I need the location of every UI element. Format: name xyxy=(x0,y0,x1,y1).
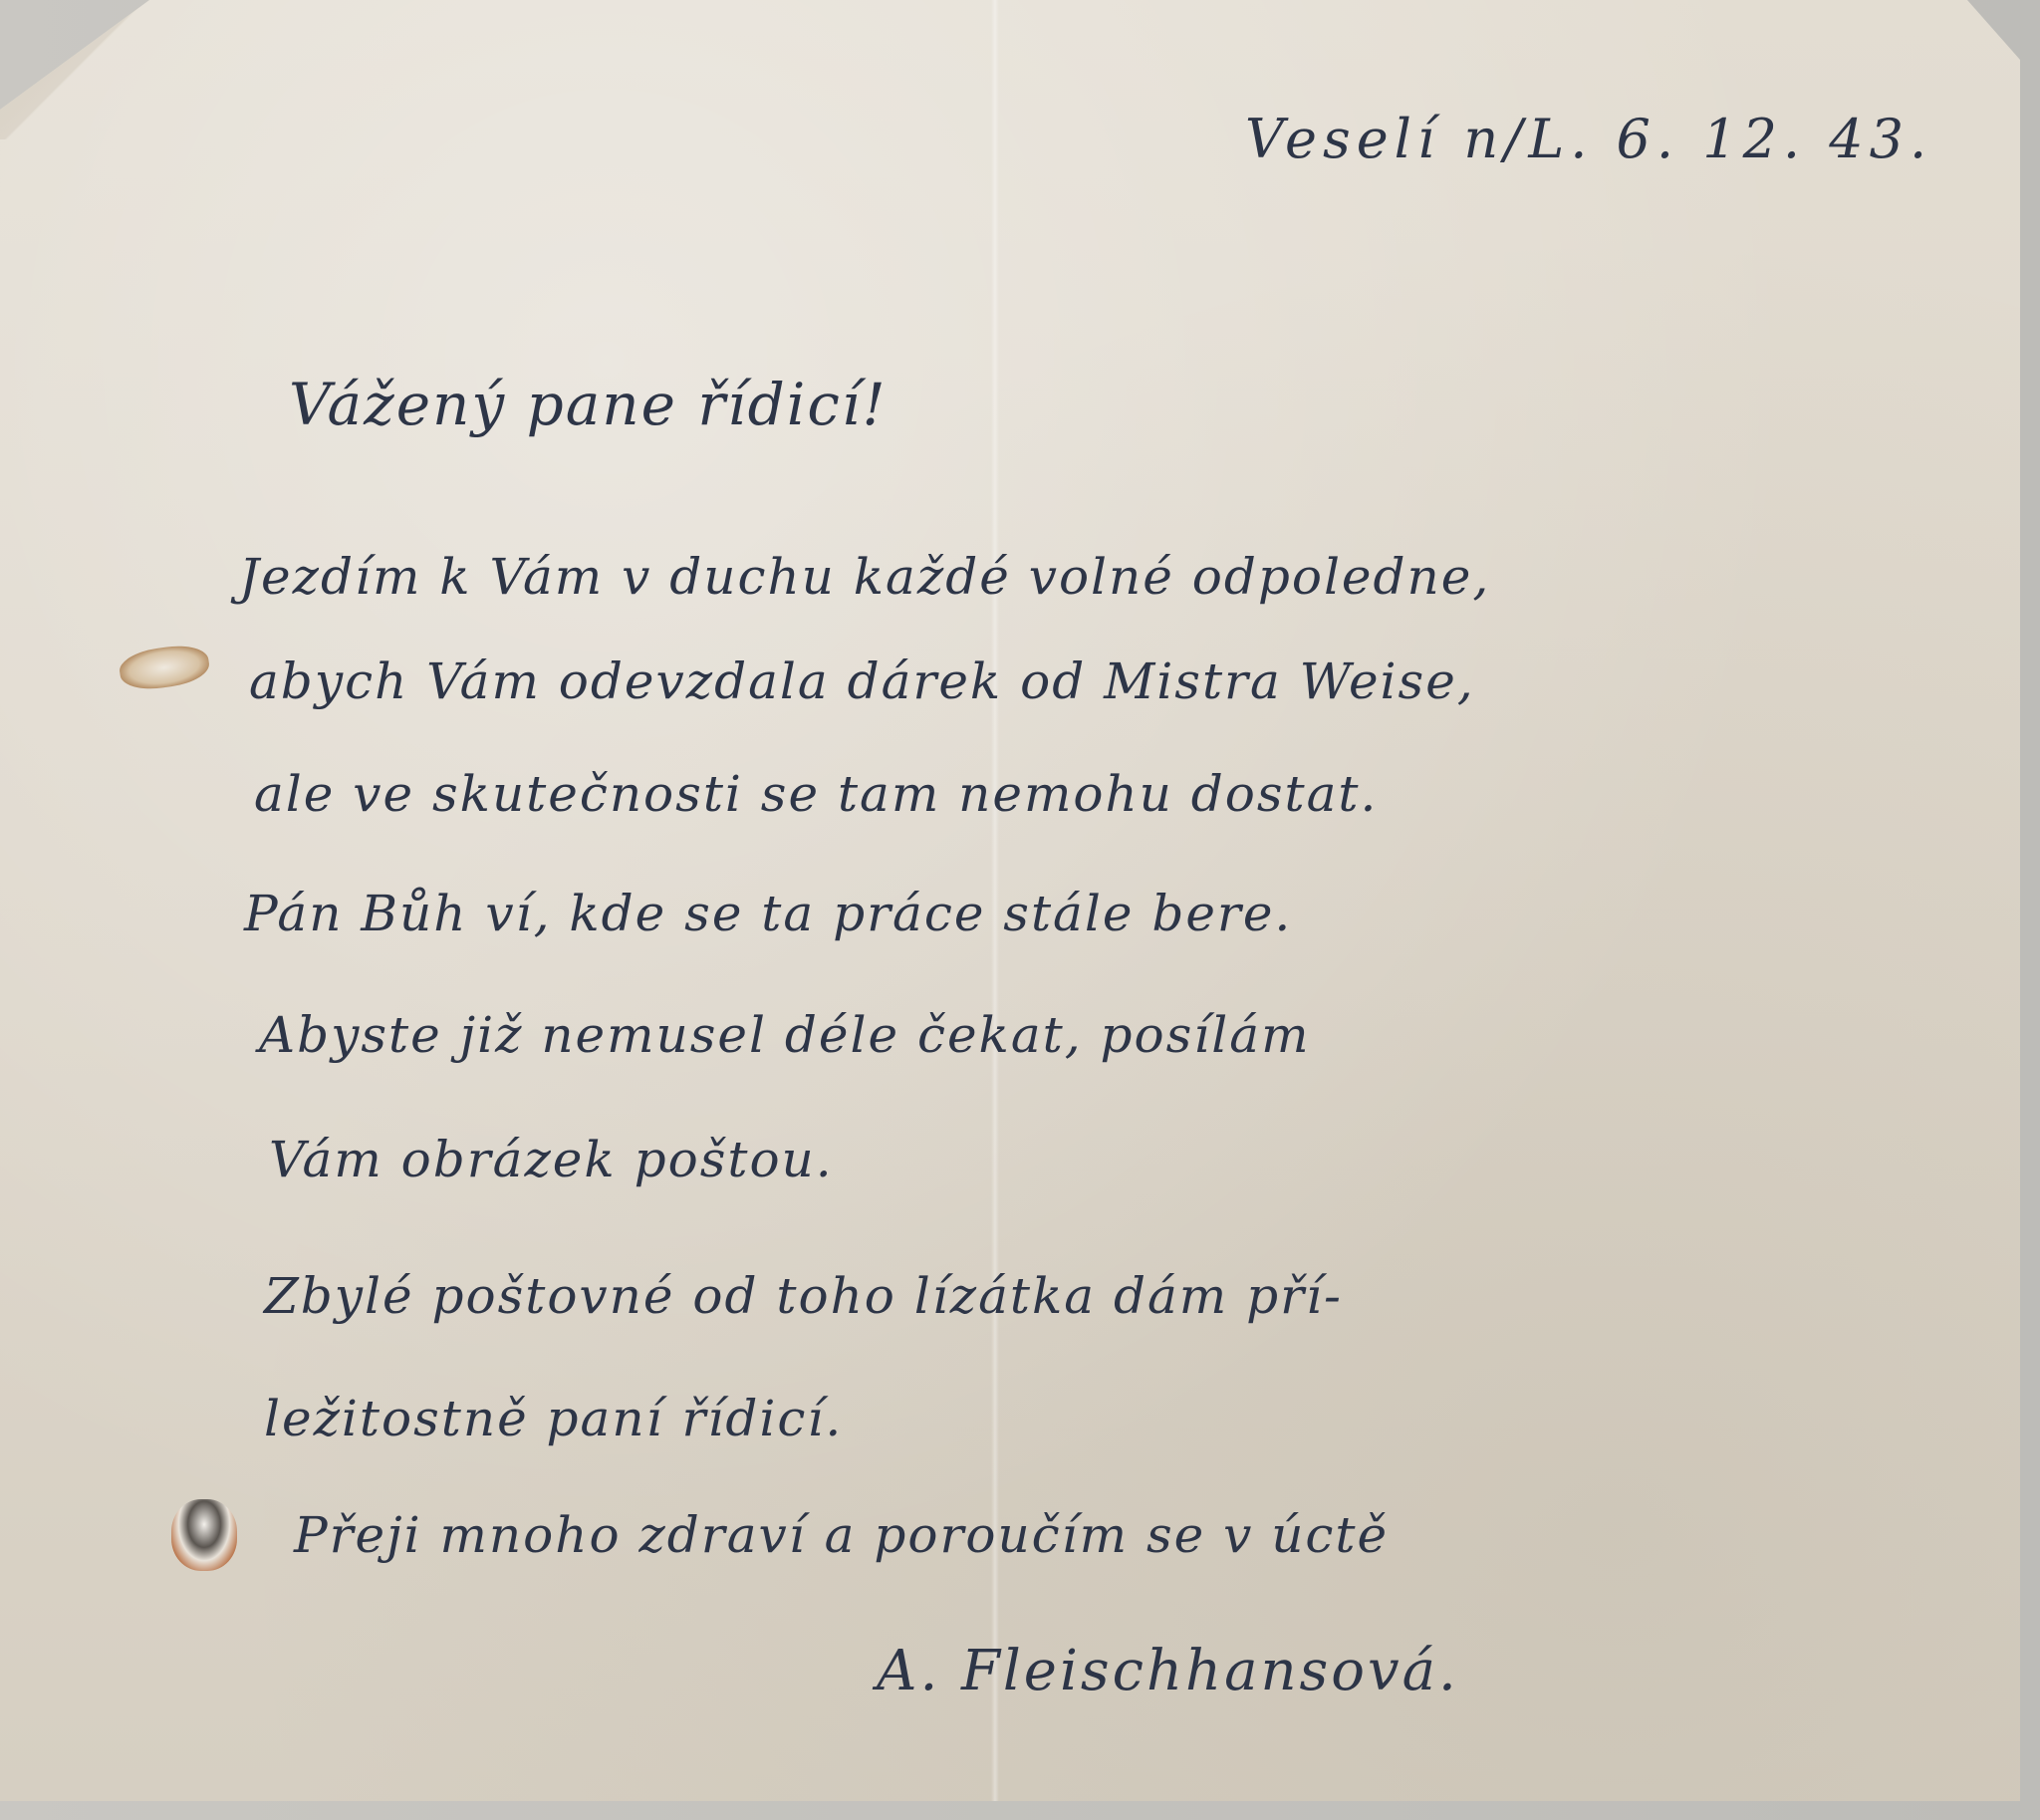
letter-line: Jezdím k Vám v duchu každé volné odpoled… xyxy=(239,548,1490,606)
letter-line: ležitostně paní řídicí. xyxy=(264,1390,843,1447)
letter-sheet: Veselí n/L. 6. 12. 43. Vážený pane řídic… xyxy=(0,0,2020,1801)
letter-line: Vám obrázek poštou. xyxy=(269,1131,834,1188)
letter-line: abych Vám odevzdala dárek od Mistra Weis… xyxy=(249,652,1475,710)
punch-hole-bottom xyxy=(171,1499,237,1571)
salutation: Vážený pane řídicí! xyxy=(289,371,888,438)
letter-line: Pán Bůh ví, kde se ta práce stále bere. xyxy=(244,885,1292,942)
letter-line: Přeji mnoho zdraví a poroučím se v úctě xyxy=(294,1506,1389,1564)
letter-line: Zbylé poštovné od toho lízátka dám pří- xyxy=(264,1267,1343,1325)
letter-line: Abyste již nemusel déle čekat, posílám xyxy=(259,1006,1311,1064)
place-and-date: Veselí n/L. 6. 12. 43. xyxy=(1245,108,1932,170)
letter-line: ale ve skutečnosti se tam nemohu dostat. xyxy=(254,765,1378,823)
signature: A. Fleischhansová. xyxy=(877,1639,1459,1703)
punch-hole-top xyxy=(118,642,212,693)
